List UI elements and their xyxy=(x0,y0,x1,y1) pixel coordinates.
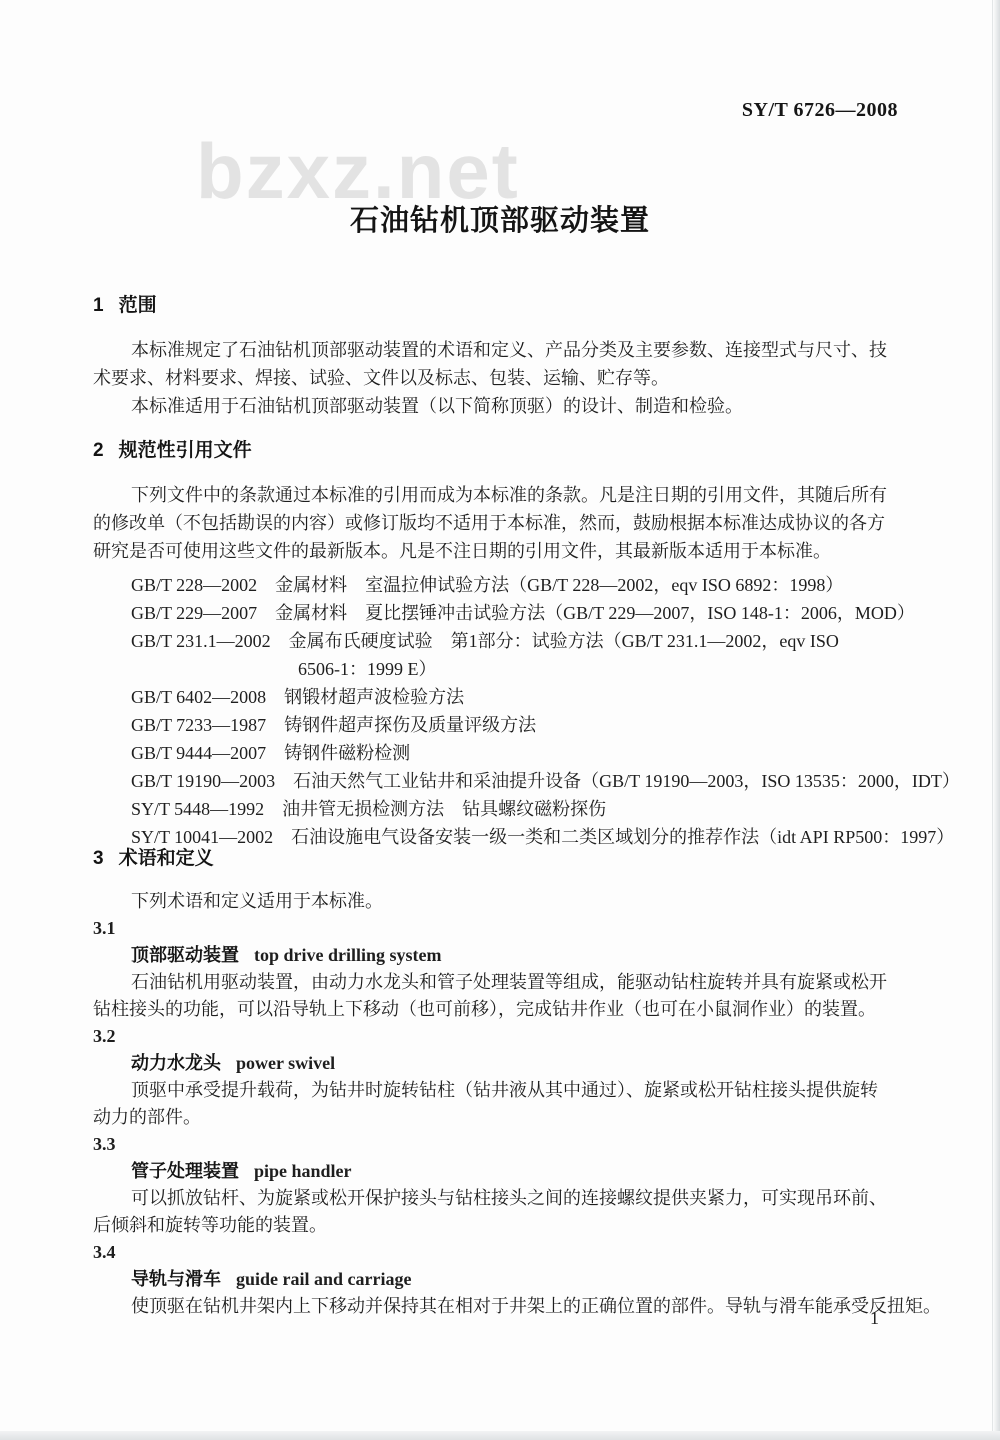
term-number: 3.2 xyxy=(93,1023,923,1050)
scan-bottom-edge xyxy=(0,1431,1000,1440)
term-number: 3.4 xyxy=(93,1239,923,1266)
paragraph-line: 本标准规定了石油钻机顶部驱动装置的术语和定义、产品分类及主要参数、连接型式与尺寸… xyxy=(93,336,923,364)
reference-item-continuation: 6506-1：1999 E） xyxy=(93,655,923,683)
section-3-title: 术语和定义 xyxy=(119,848,214,869)
term-heading: 顶部驱动装置top drive drilling system xyxy=(93,942,923,969)
term-heading: 导轨与滑车guide rail and carriage xyxy=(93,1266,923,1293)
paragraph-line: 的修改单（不包括勘误的内容）或修订版均不适用于本标准，然而，鼓励根据本标准达成协… xyxy=(93,509,923,537)
reference-item: GB/T 19190—2003 石油天然气工业钻井和采油提升设备（GB/T 19… xyxy=(93,767,923,795)
section-normative-references: 2规范性引用文件 下列文件中的条款通过本标准的引用而成为本标准的条款。凡是注日期… xyxy=(93,437,923,851)
section-2-heading: 2规范性引用文件 xyxy=(93,437,923,465)
reference-item: GB/T 9444—2007 铸钢件磁粉检测 xyxy=(93,739,923,767)
section-3-heading: 3术语和定义 xyxy=(93,845,923,872)
section-1-heading: 1范围 xyxy=(93,292,923,320)
term-definition-line: 可以抓放钻杆、为旋紧或松开保护接头与钻柱接头之间的连接螺纹提供夹紧力，可实现吊环… xyxy=(93,1185,923,1212)
document-page: SY/T 6726—2008 bzxz.net 石油钻机顶部驱动装置 1范围 本… xyxy=(0,0,1000,1440)
standard-code: SY/T 6726—2008 xyxy=(742,99,898,122)
section-3-number: 3 xyxy=(93,848,104,869)
section-2-title: 规范性引用文件 xyxy=(119,440,252,461)
term-english: guide rail and carriage xyxy=(236,1269,411,1289)
section-terms-definitions: 3术语和定义 下列术语和定义适用于本标准。 3.1 顶部驱动装置top driv… xyxy=(93,845,923,1320)
document-title: 石油钻机顶部驱动装置 xyxy=(0,198,1000,239)
terms-intro: 下列术语和定义适用于本标准。 xyxy=(93,888,923,915)
reference-item: SY/T 5448—1992 油井管无损检测方法 钻具螺纹磁粉探伤 xyxy=(93,795,923,823)
term-chinese: 动力水龙头 xyxy=(131,1053,221,1073)
section-2-number: 2 xyxy=(93,440,104,461)
term-english: pipe handler xyxy=(254,1161,352,1181)
reference-item: GB/T 229—2007 金属材料 夏比摆锤冲击试验方法（GB/T 229—2… xyxy=(93,599,923,627)
reference-item: GB/T 6402—2008 钢锻材超声波检验方法 xyxy=(93,683,923,711)
term-english: power swivel xyxy=(236,1053,335,1073)
term-chinese: 顶部驱动装置 xyxy=(131,945,239,965)
section-1-number: 1 xyxy=(93,295,104,316)
term-definition-line: 使顶驱在钻机井架内上下移动并保持其在相对于井架上的正确位置的部件。导轨与滑车能承… xyxy=(93,1293,923,1320)
paragraph-line: 术要求、材料要求、焊接、试验、文件以及标志、包装、运输、贮存等。 xyxy=(93,364,923,392)
term-definition-line: 石油钻机用驱动装置，由动力水龙头和管子处理装置等组成，能驱动钻柱旋转并具有旋紧或… xyxy=(93,969,923,996)
term-chinese: 导轨与滑车 xyxy=(131,1269,221,1289)
term-heading: 管子处理装置pipe handler xyxy=(93,1158,923,1185)
term-number: 3.1 xyxy=(93,915,923,942)
term-definition-line: 动力的部件。 xyxy=(93,1104,923,1131)
term-english: top drive drilling system xyxy=(254,945,442,965)
term-heading: 动力水龙头power swivel xyxy=(93,1050,923,1077)
reference-item: GB/T 231.1—2002 金属布氏硬度试验 第1部分：试验方法（GB/T … xyxy=(93,627,923,655)
term-number: 3.3 xyxy=(93,1131,923,1158)
term-definition-line: 后倾斜和旋转等功能的装置。 xyxy=(93,1212,923,1239)
section-scope: 1范围 本标准规定了石油钻机顶部驱动装置的术语和定义、产品分类及主要参数、连接型… xyxy=(93,292,923,420)
paragraph-line: 下列文件中的条款通过本标准的引用而成为本标准的条款。凡是注日期的引用文件，其随后… xyxy=(93,481,923,509)
term-definition-line: 钻柱接头的功能，可以沿导轨上下移动（也可前移），完成钻井作业（也可在小鼠洞作业）… xyxy=(93,996,923,1023)
term-definition-line: 顶驱中承受提升载荷，为钻井时旋转钻柱（钻井液从其中通过）、旋紧或松开钻柱接头提供… xyxy=(93,1077,923,1104)
reference-item: GB/T 228—2002 金属材料 室温拉伸试验方法（GB/T 228—200… xyxy=(93,571,923,599)
paragraph-line: 研究是否可使用这些文件的最新版本。凡是不注日期的引用文件，其最新版本适用于本标准… xyxy=(93,537,923,565)
page-number: 1 xyxy=(870,1308,879,1329)
section-1-title: 范围 xyxy=(119,295,157,316)
term-chinese: 管子处理装置 xyxy=(131,1161,239,1181)
reference-item: GB/T 7233—1987 铸钢件超声探伤及质量评级方法 xyxy=(93,711,923,739)
paragraph-line: 本标准适用于石油钻机顶部驱动装置（以下简称顶驱）的设计、制造和检验。 xyxy=(93,392,923,420)
